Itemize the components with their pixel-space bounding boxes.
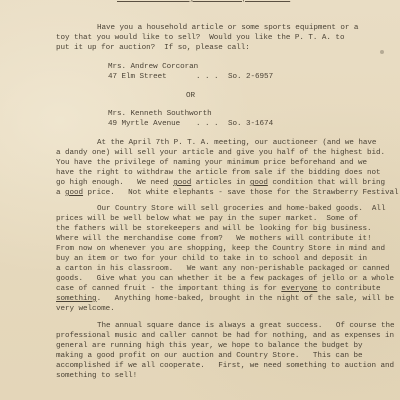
paragraph3-line: case of canned fruit - the important thi…: [56, 284, 381, 294]
paragraph3-line: a carton in his classroom. We want any n…: [56, 264, 390, 274]
paragraph3-line: buy an item or two for your child to tak…: [56, 254, 367, 264]
or-label: OR: [186, 91, 195, 101]
text-run: . Anything home-baked, brought in the ni…: [97, 295, 394, 303]
paragraph3-line: goods. Give what you can whether it be a…: [56, 274, 394, 284]
paragraph3-line: the fathers will be storekeepers and wil…: [56, 224, 372, 234]
contact-dots: . . .: [196, 119, 219, 129]
contact-phone: So. 2-6957: [228, 72, 273, 82]
contact-name: Mrs. Andrew Corcoran: [108, 62, 198, 72]
text-run: articles in: [191, 179, 250, 187]
contact-name: Mrs. Kenneth Southworth: [108, 109, 212, 119]
contact-dots: . . .: [196, 72, 219, 82]
paragraph4-line: accomplished if we all cooperate. First,…: [56, 361, 394, 371]
text-run: price. Not white elephants - save those …: [83, 189, 400, 197]
document-heading: Auction - Country Store - Square Dance: [117, 0, 290, 4]
paragraph2-line: have the right to withdraw the article f…: [56, 168, 381, 178]
emphasis-everyone: everyone: [281, 285, 317, 293]
paragraph3-line: Where will the merchandise come from? We…: [56, 234, 372, 244]
paragraph1-line: toy that you would like to sell? Would y…: [56, 33, 344, 43]
paragraph4-line: general are running high this year, we h…: [56, 341, 362, 351]
paragraph2-line: go high enough. We need good articles in…: [56, 178, 385, 188]
paragraph4-line: something to sell!: [56, 371, 137, 381]
text-run: a: [56, 189, 65, 197]
paragraph1-line: put it up for auction? If so, please cal…: [56, 43, 250, 53]
emphasis-good: good: [250, 179, 268, 187]
contact-address: 47 Elm Street: [108, 72, 167, 82]
emphasis-something: something: [56, 295, 97, 303]
paragraph2-line: a good price. Not white elephants - save…: [56, 188, 400, 198]
text-run: case of canned fruit - the important thi…: [56, 285, 281, 293]
paragraph3-line: From now on whenever you are shopping, k…: [56, 244, 385, 254]
emphasis-good: good: [65, 189, 83, 197]
paragraph2-line: a dandy one) will sell your article and …: [56, 148, 385, 158]
contact-address: 49 Myrtle Avenue: [108, 119, 180, 129]
paragraph3-line: very welcome.: [56, 304, 115, 314]
paragraph3-line: prices will be well below what we pay in…: [56, 214, 358, 224]
paragraph2-line: You have the privilege of naming your mi…: [56, 158, 367, 168]
contact-phone: So. 3-1674: [228, 119, 273, 129]
paragraph3-line: Our Country Store will sell groceries an…: [97, 204, 385, 214]
emphasis-good: good: [173, 179, 191, 187]
paragraph2-line: At the April 7th P. T. A. meeting, our a…: [97, 138, 376, 148]
paragraph1-line: Have you a household article or some spo…: [97, 23, 358, 33]
paragraph3-line: something. Anything home-baked, brought …: [56, 294, 394, 304]
paragraph4-line: professional music and caller cannot be …: [56, 331, 394, 341]
paragraph4-line: making a good profit on our auction and …: [56, 351, 362, 361]
paragraph4-line: The annual square dance is always a grea…: [97, 321, 394, 331]
text-run: to contribute: [317, 285, 380, 293]
ink-smudge: [380, 50, 384, 54]
text-run: condition that will bring: [268, 179, 385, 187]
text-run: go high enough. We need: [56, 179, 173, 187]
